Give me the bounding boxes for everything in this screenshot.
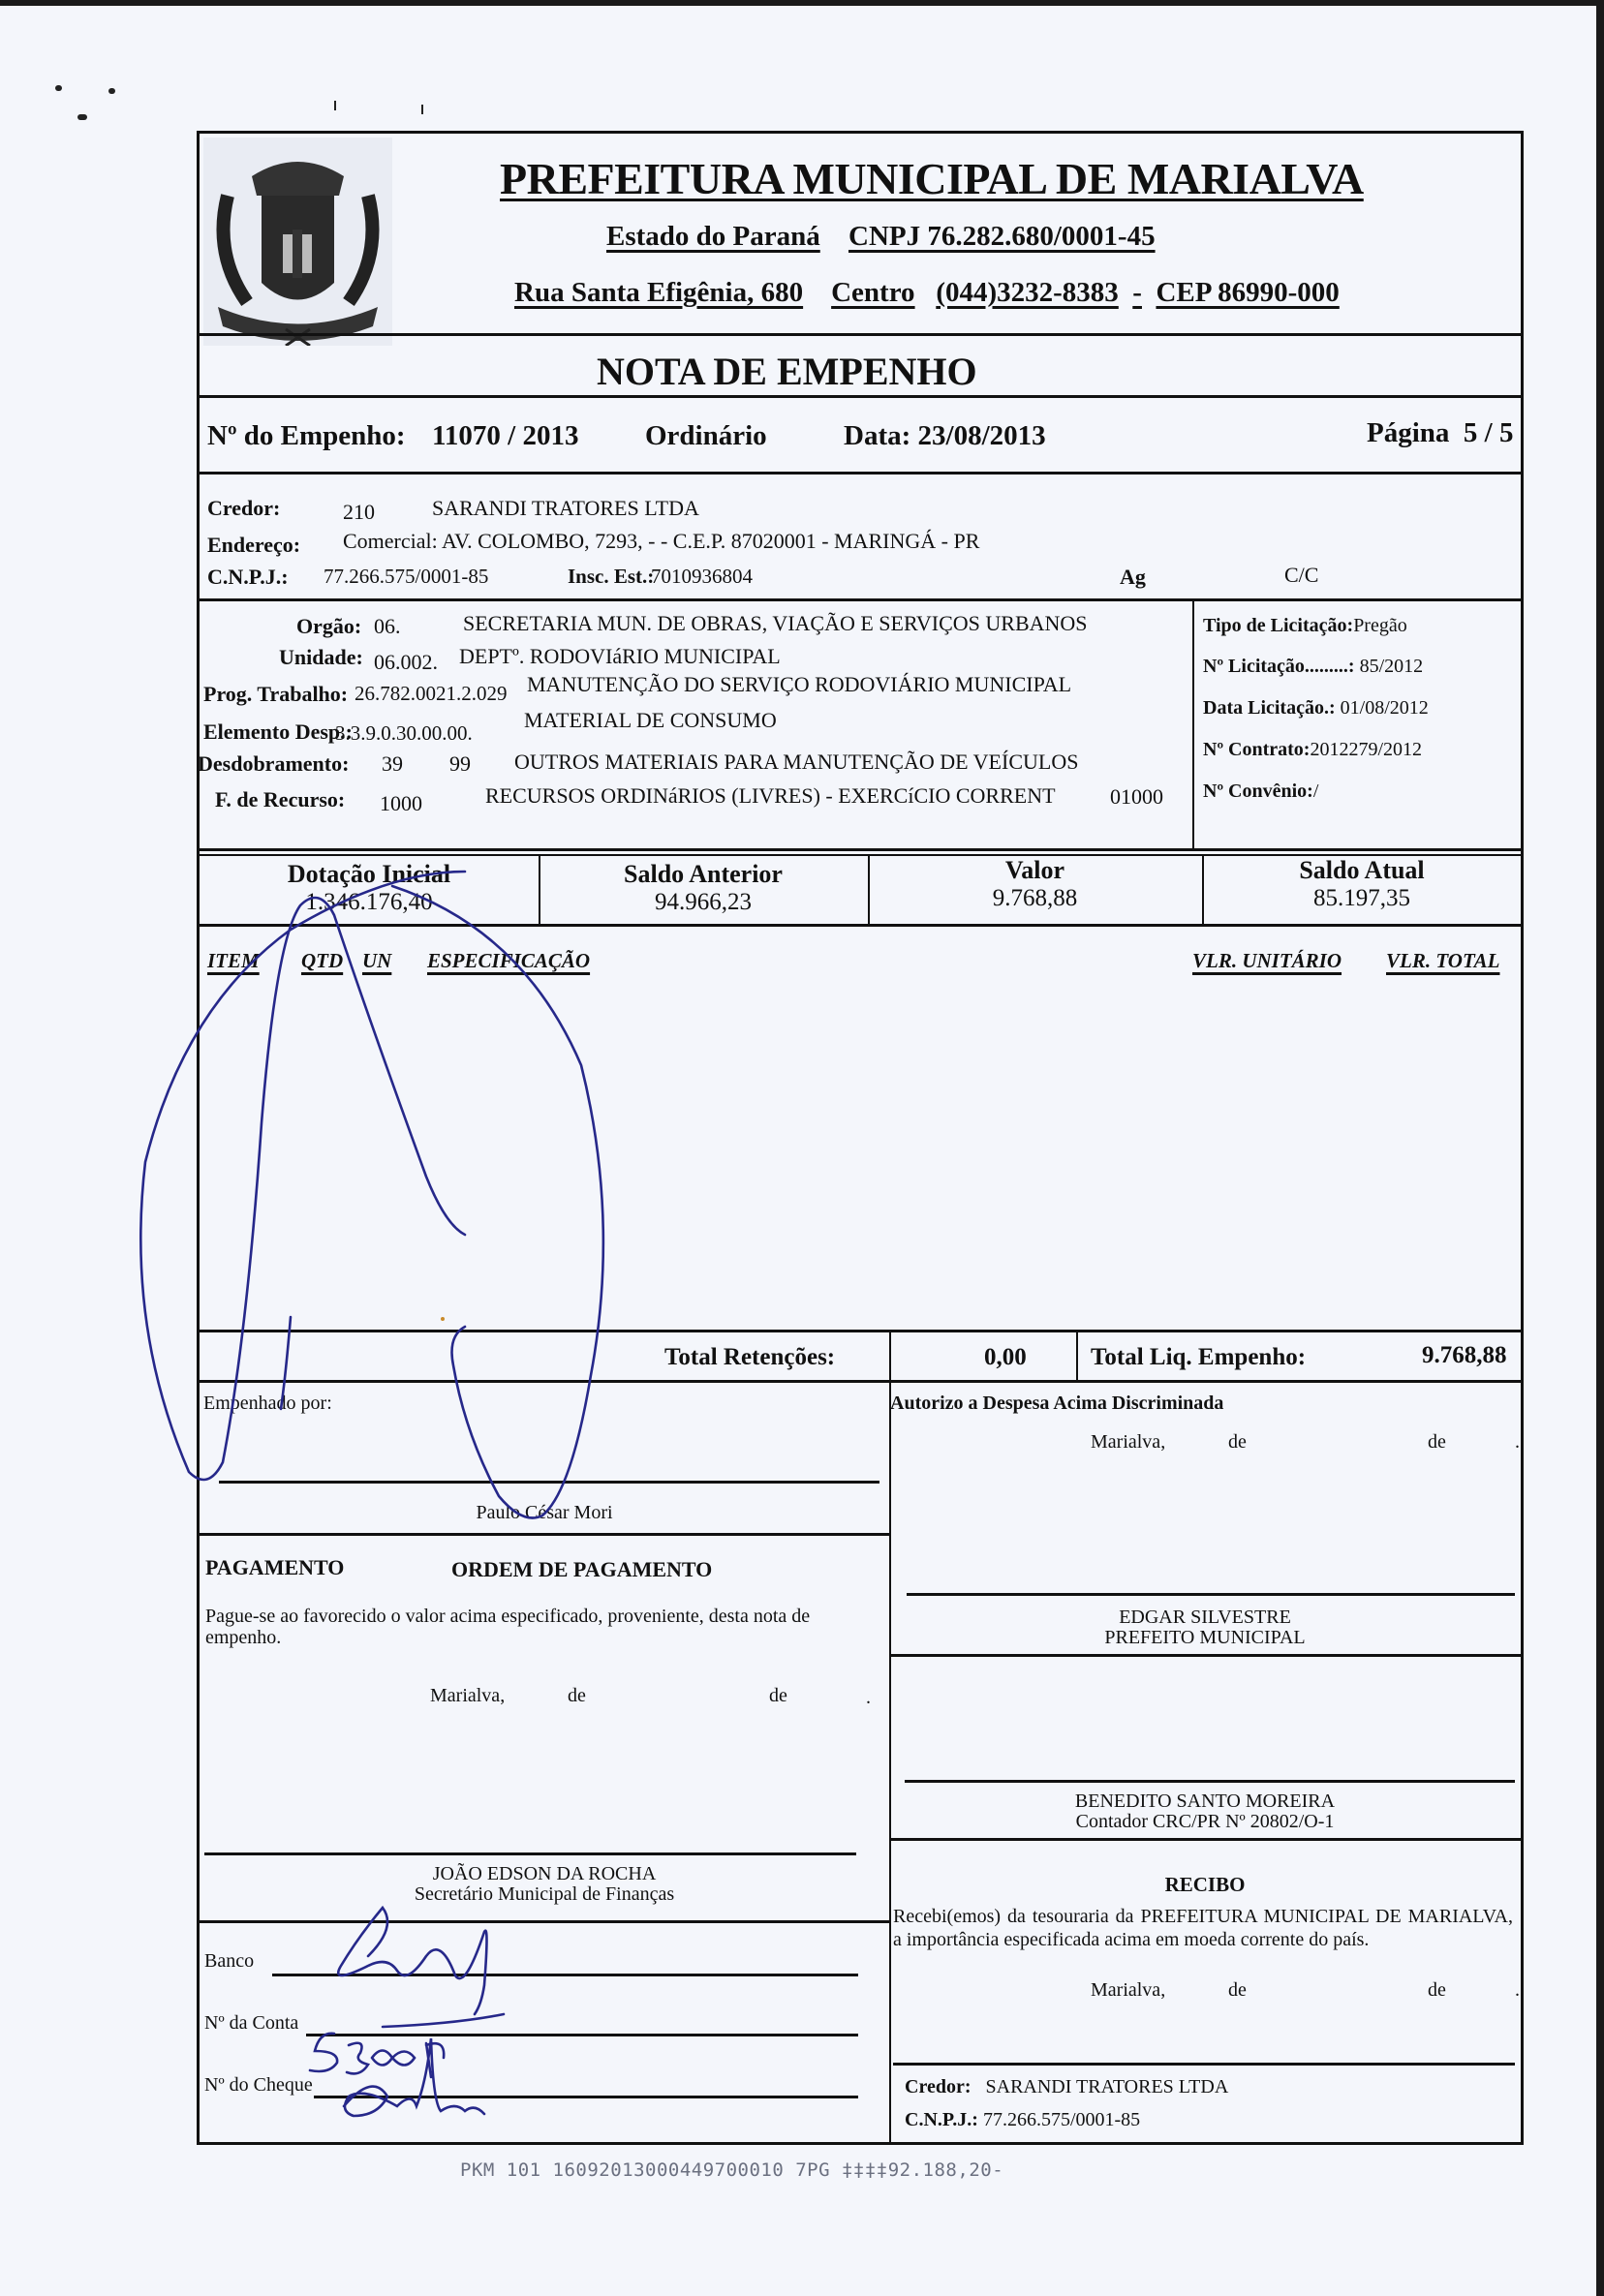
elem-label: Elemento Desp.: xyxy=(203,719,353,745)
recibo-text: Recebi(emos) da tesouraria da PREFEITURA… xyxy=(893,1905,1513,1951)
convenio-label: Nº Convênio: xyxy=(1203,781,1313,802)
municipal-coat-of-arms-icon xyxy=(203,138,392,346)
date-label: Data: xyxy=(844,420,910,451)
divider xyxy=(200,924,1521,927)
prefeito-signature-block: EDGAR SILVESTRE PREFEITO MUNICIPAL xyxy=(889,1607,1521,1648)
saldo-value: 94.966,23 xyxy=(539,889,868,916)
autorizo-city: Marialva, xyxy=(1091,1431,1165,1454)
retencoes-value: 0,00 xyxy=(984,1344,1027,1371)
recibo-cnpj-label: C.N.P.J.: xyxy=(905,2109,978,2130)
autorizo-dot: . xyxy=(1515,1431,1520,1454)
org-title: PREFEITURA MUNICIPAL DE MARIALVA xyxy=(500,153,1364,204)
nota-de-empenho-form: PREFEITURA MUNICIPAL DE MARIALVA Estado … xyxy=(197,131,1524,2145)
col-qtd: QTD xyxy=(301,949,343,973)
autorizo-label: Autorizo a Despesa Acima Discriminada xyxy=(890,1393,1223,1415)
divider xyxy=(200,395,1521,398)
scan-mark xyxy=(421,105,423,114)
org-phone: (044)3232-8383 xyxy=(936,277,1118,308)
credor-code: 210 xyxy=(343,500,375,525)
contador-signature-block: BENEDITO SANTO MOREIRA Contador CRC/PR N… xyxy=(889,1791,1521,1832)
org-address: Rua Santa Efigênia, 680 xyxy=(514,277,803,308)
orgao-label: Orgão: xyxy=(296,614,361,639)
divider xyxy=(200,333,1521,336)
data-value: 01/08/2012 xyxy=(1341,697,1429,719)
cnpj-label: C.N.P.J.: xyxy=(207,565,289,590)
divider xyxy=(200,598,1521,601)
org-district: Centro xyxy=(831,277,914,308)
col-especificacao: ESPECIFICAÇÃO xyxy=(427,949,590,973)
ordem-pagamento-title: ORDEM DE PAGAMENTO xyxy=(451,1557,712,1582)
retencoes-label: Total Retenções: xyxy=(664,1344,835,1371)
saldo-value: 85.197,35 xyxy=(1202,885,1522,912)
desd-desc: OUTROS MATERIAIS PARA MANUTENÇÃO DE VEÍC… xyxy=(514,750,1078,775)
scan-speck xyxy=(55,85,62,91)
prog-code: 26.782.0021.2.029 xyxy=(355,682,508,706)
banco-field[interactable] xyxy=(272,1974,858,1976)
unidade-desc: DEPTº. RODOVIáRIO MUNICIPAL xyxy=(459,644,781,669)
divider xyxy=(1076,1332,1078,1380)
ag-label: Ag xyxy=(1120,565,1146,590)
signature-line xyxy=(219,1481,879,1484)
scan-speck xyxy=(77,114,87,120)
empenhado-name: Paulo César Mori xyxy=(200,1502,889,1524)
saldo-dotacao-inicial: Dotação Inicial 1.346.176,40 xyxy=(200,860,539,916)
pagamento-de1: de xyxy=(568,1685,586,1707)
divider xyxy=(1192,598,1194,848)
contador-role: Contador CRC/PR Nº 20802/O-1 xyxy=(889,1812,1521,1832)
bank-authentication-stamp: PKM 101 16092013000449700010 7PG ‡‡‡‡92.… xyxy=(460,2159,1003,2181)
secretario-signature-block: JOÃO EDSON DA ROCHA Secretário Municipal… xyxy=(200,1864,889,1905)
empenho-date: Data: 23/08/2013 xyxy=(844,420,1046,452)
recibo-dot: . xyxy=(1515,1979,1520,2002)
recibo-cnpj: C.N.P.J.: 77.266.575/0001-85 xyxy=(905,2109,1140,2131)
secretario-role: Secretário Municipal de Finanças xyxy=(200,1884,889,1905)
items-table-body xyxy=(200,986,1521,1213)
divider xyxy=(200,1380,1521,1383)
col-vlr-unitario: VLR. UNITÁRIO xyxy=(1192,949,1342,973)
recibo-de1: de xyxy=(1228,1979,1247,2002)
contrato-value: 2012279/2012 xyxy=(1310,739,1422,760)
col-un: UN xyxy=(362,949,391,973)
recibo-de2: de xyxy=(1428,1979,1446,2002)
signature-line xyxy=(907,1593,1515,1596)
credor-name: SARANDI TRATORES LTDA xyxy=(432,496,699,521)
signature-line xyxy=(905,1780,1515,1783)
licitacao-tipo: Tipo de Licitação:Pregão xyxy=(1203,615,1407,637)
saldo-label: Saldo Anterior xyxy=(539,860,868,889)
recibo-credor-name: SARANDI TRATORES LTDA xyxy=(986,2076,1229,2097)
separator: - xyxy=(1132,277,1142,308)
signature-line xyxy=(893,2063,1515,2066)
saldo-label: Dotação Inicial xyxy=(200,860,539,889)
cc-label: C/C xyxy=(1284,563,1318,588)
conta-field[interactable] xyxy=(306,2034,858,2036)
pagamento-label: PAGAMENTO xyxy=(205,1555,344,1580)
recurso-code: 1000 xyxy=(380,791,422,816)
insc-value: 7010936804 xyxy=(651,565,753,589)
banco-label: Banco xyxy=(204,1950,254,1973)
saldo-atual: Saldo Atual 85.197,35 xyxy=(1202,856,1522,912)
col-item: ITEM xyxy=(207,949,260,973)
recibo-credor-label: Credor: xyxy=(905,2076,972,2097)
empenho-type: Ordinário xyxy=(645,420,767,452)
org-cep: CEP 86990-000 xyxy=(1156,277,1339,308)
unidade-code: 06.002. xyxy=(374,650,438,675)
recibo-title: RECIBO xyxy=(889,1873,1521,1897)
recurso-code2: 01000 xyxy=(1110,784,1163,810)
data-label: Data Licitação.: xyxy=(1203,697,1336,719)
divider xyxy=(889,1332,891,1380)
org-address-line: Rua Santa Efigênia, 680 Centro (044)3232… xyxy=(514,277,1340,309)
elem-desc: MATERIAL DE CONSUMO xyxy=(524,708,777,733)
recibo-city: Marialva, xyxy=(1091,1979,1165,2002)
liq-label: Total Liq. Empenho: xyxy=(1091,1344,1306,1371)
recurso-desc: RECURSOS ORDINáRIOS (LIVRES) - EXERCíCIO… xyxy=(485,783,1056,809)
credor-cnpj: 77.266.575/0001-85 xyxy=(324,565,488,589)
cheque-field[interactable] xyxy=(314,2096,858,2098)
prefeito-name: EDGAR SILVESTRE xyxy=(889,1607,1521,1628)
divider xyxy=(200,848,1521,851)
col-vlr-total: VLR. TOTAL xyxy=(1386,949,1499,973)
credor-label: Credor: xyxy=(207,496,280,521)
pagamento-de2: de xyxy=(769,1685,787,1707)
prog-desc: MANUTENÇÃO DO SERVIÇO RODOVIÁRIO MUNICIP… xyxy=(527,672,1071,697)
desd-label: Desdobramento: xyxy=(198,751,349,777)
scan-edge xyxy=(0,0,1604,6)
desd-code2: 99 xyxy=(449,751,471,777)
recibo-cnpj-value: 77.266.575/0001-85 xyxy=(983,2109,1140,2130)
orgao-desc: SECRETARIA MUN. DE OBRAS, VIAÇÃO E SERVI… xyxy=(463,611,1088,636)
divider xyxy=(200,472,1521,475)
address-label: Endereço: xyxy=(207,533,300,558)
page-value: 5 / 5 xyxy=(1464,417,1514,448)
conta-label: Nº da Conta xyxy=(204,2012,298,2035)
recibo-credor: Credor: SARANDI TRATORES LTDA xyxy=(905,2076,1228,2098)
divider xyxy=(200,1330,1521,1332)
licitacao-data: Data Licitação.: 01/08/2012 xyxy=(1203,697,1429,719)
saldo-value: 9.768,88 xyxy=(868,885,1202,912)
contador-name: BENEDITO SANTO MOREIRA xyxy=(889,1791,1521,1812)
cheque-label: Nº do Cheque xyxy=(204,2074,313,2097)
prefeito-role: PREFEITO MUNICIPAL xyxy=(889,1628,1521,1648)
desd-code1: 39 xyxy=(382,751,403,777)
scan-edge xyxy=(1596,0,1604,2296)
divider xyxy=(889,1838,1521,1841)
autorizo-de2: de xyxy=(1428,1431,1446,1454)
licitacao-numero: Nº Licitação.........: 85/2012 xyxy=(1203,656,1423,678)
secretario-name: JOÃO EDSON DA ROCHA xyxy=(200,1864,889,1884)
licitacao-contrato: Nº Contrato:2012279/2012 xyxy=(1203,739,1422,761)
autorizo-de1: de xyxy=(1228,1431,1247,1454)
saldo-label: Saldo Atual xyxy=(1202,856,1522,885)
insc-label: Insc. Est.: xyxy=(568,565,654,589)
contrato-label: Nº Contrato: xyxy=(1203,739,1310,760)
empenhado-label: Empenhado por: xyxy=(203,1393,332,1415)
pagamento-text: Pague-se ao favorecido o valor acima esp… xyxy=(205,1606,845,1648)
saldo-anterior: Saldo Anterior 94.966,23 xyxy=(539,860,868,916)
credor-address: Comercial: AV. COLOMBO, 7293, - - C.E.P.… xyxy=(343,529,979,554)
scan-mark xyxy=(334,101,336,110)
empenho-number-label: Nº do Empenho: xyxy=(207,420,406,452)
divider xyxy=(200,1920,889,1923)
orgao-code: 06. xyxy=(374,614,401,639)
liq-value: 9.768,88 xyxy=(1422,1342,1507,1369)
doc-title: NOTA DE EMPENHO xyxy=(597,349,977,394)
unidade-label: Unidade: xyxy=(279,645,363,670)
convenio-value: / xyxy=(1313,781,1319,802)
empenho-number: 11070 / 2013 xyxy=(432,420,578,452)
saldo-value: 1.346.176,40 xyxy=(200,889,539,916)
licitacao-convenio: Nº Convênio:/ xyxy=(1203,781,1318,803)
saldo-label: Valor xyxy=(868,856,1202,885)
tipo-label: Tipo de Licitação: xyxy=(1203,615,1353,636)
num-value: 85/2012 xyxy=(1360,656,1424,677)
scan-speck xyxy=(108,88,115,94)
saldo-valor: Valor 9.768,88 xyxy=(868,856,1202,912)
divider xyxy=(889,1654,1521,1657)
state-label: Estado do Paraná xyxy=(606,221,820,253)
signature-line xyxy=(204,1852,856,1855)
recurso-label: F. de Recurso: xyxy=(215,787,345,812)
page-label: Página xyxy=(1367,417,1449,448)
org-cnpj: CNPJ 76.282.680/0001-45 xyxy=(848,221,1156,253)
elem-code: 3.3.9.0.30.00.00. xyxy=(335,721,473,746)
pagamento-dot: . xyxy=(866,1687,871,1709)
date-value: 23/08/2013 xyxy=(918,420,1046,451)
prog-label: Prog. Trabalho: xyxy=(203,682,348,707)
tipo-value: Pregão xyxy=(1353,615,1407,636)
page-indicator: Página 5 / 5 xyxy=(1367,417,1513,449)
divider xyxy=(200,1533,889,1536)
num-label: Nº Licitação.........: xyxy=(1203,656,1355,677)
pagamento-city: Marialva, xyxy=(430,1685,505,1707)
divider xyxy=(889,1380,891,2145)
